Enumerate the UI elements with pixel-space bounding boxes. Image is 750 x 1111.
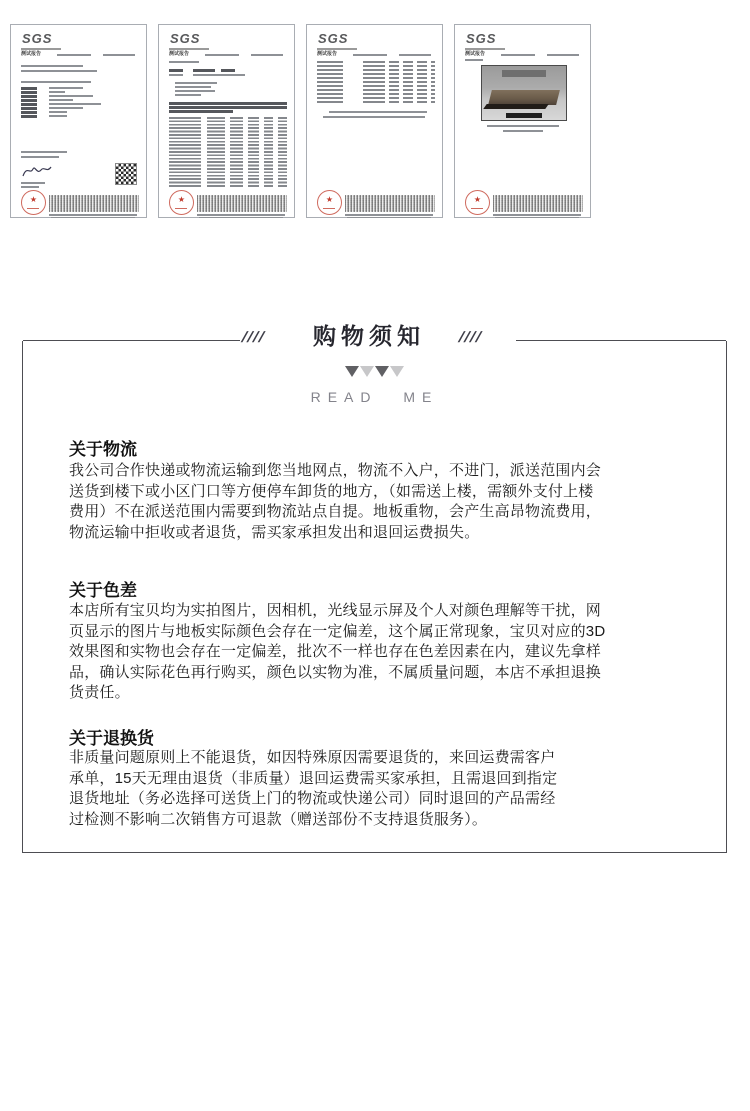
triangle-icon <box>360 366 374 377</box>
text-line <box>51 217 135 218</box>
table-column-gap <box>201 117 207 187</box>
signature-icon <box>21 163 53 179</box>
certificate-1: SGS 测试报告 <box>10 24 147 218</box>
section-text-color-difference: 本店所有宝贝均为实拍图片，因相机，光线显示屏及个人对颜色理解等干扰，网 页显示的… <box>69 601 669 704</box>
wood-plank-sample <box>488 90 560 105</box>
field-label <box>21 115 37 118</box>
report-title: 测试报告 <box>169 52 189 57</box>
field-value <box>49 107 83 109</box>
field-label <box>21 87 37 90</box>
wood-plank-edge <box>483 104 549 109</box>
text-line <box>465 59 483 61</box>
read-me-subtitle: READ ME <box>23 389 726 405</box>
table-column-gap <box>399 61 403 103</box>
photo-label <box>502 70 546 77</box>
table-column-gap <box>385 61 389 103</box>
certificate-3: SGS 测试报告 <box>306 24 443 218</box>
field-label <box>21 99 37 102</box>
text-line <box>493 214 581 216</box>
certificates-row: SGS 测试报告 <box>10 24 591 218</box>
table-column-gap <box>259 117 264 187</box>
section-text-logistics: 我公司合作快递或物流运输到您当地网点，物流不入户，不进门，派送范围内会 送货到楼… <box>69 461 669 543</box>
footer-fine-print <box>493 195 583 212</box>
text-line <box>197 214 285 216</box>
paragraph-line <box>329 111 427 113</box>
section-heading-logistics: 关于物流 <box>69 435 137 460</box>
product-description-page: SGS 测试报告 <box>0 0 750 1111</box>
table-header <box>169 69 183 72</box>
field-label <box>21 91 37 94</box>
header-line-left <box>23 340 240 341</box>
table-column-gap <box>243 117 248 187</box>
text-line <box>175 94 201 96</box>
field-value <box>49 87 83 89</box>
report-title: 测试报告 <box>317 52 337 57</box>
table-cell <box>193 74 221 76</box>
field-value <box>49 95 93 97</box>
text-line <box>49 214 137 216</box>
table-column-gap <box>225 117 230 187</box>
text-line <box>103 54 135 56</box>
field-label <box>21 103 37 106</box>
results-table <box>169 117 287 187</box>
text-line <box>57 54 91 56</box>
sgs-logo: SGS <box>169 31 209 50</box>
triangle-icon <box>345 366 359 377</box>
field-value <box>49 99 73 101</box>
slash-decoration-right: //// <box>458 329 484 346</box>
qr-code-icon <box>115 163 137 185</box>
text-line <box>175 82 217 84</box>
text-line <box>399 54 431 56</box>
text-line <box>175 90 215 92</box>
bold-paragraph-line <box>169 106 287 109</box>
table-cell <box>221 74 245 76</box>
triangle-row <box>23 366 726 377</box>
text-line <box>199 217 283 218</box>
table-header <box>193 69 215 72</box>
triangle-icon <box>375 366 389 377</box>
sgs-stamp-icon <box>465 190 490 215</box>
sgs-logo: SGS <box>21 31 61 50</box>
section-heading-color-difference: 关于色差 <box>69 576 137 601</box>
bold-paragraph-line <box>169 110 233 113</box>
text-line <box>21 182 45 184</box>
text-line <box>21 156 59 158</box>
footer-fine-print <box>345 195 435 212</box>
table-column-gap <box>427 61 431 103</box>
photo-caption-line <box>503 130 543 132</box>
table-cell <box>169 74 183 76</box>
table-column-gap <box>273 117 278 187</box>
text-line <box>21 81 91 83</box>
footer-fine-print <box>197 195 287 212</box>
field-value <box>49 103 101 105</box>
paragraph-line <box>323 116 425 118</box>
results-table <box>317 61 435 103</box>
table-column-gap <box>413 61 417 103</box>
photo-caption-line <box>487 125 559 127</box>
sgs-logo: SGS <box>317 31 357 50</box>
text-line <box>21 186 39 188</box>
text-line <box>501 54 535 56</box>
sgs-stamp-icon <box>317 190 342 215</box>
sample-photo <box>481 65 567 121</box>
text-line <box>21 65 83 67</box>
text-line <box>205 54 239 56</box>
text-line <box>251 54 283 56</box>
shopping-notice-panel: //// //// 购物须知 READ ME 关于物流 我公司合作快递或物流运输… <box>22 341 727 853</box>
sgs-stamp-icon <box>169 190 194 215</box>
text-line <box>347 217 431 218</box>
report-title: 测试报告 <box>21 52 41 57</box>
footer-fine-print <box>49 195 139 212</box>
text-line <box>345 214 433 216</box>
photo-label <box>506 113 542 118</box>
text-line <box>169 61 199 63</box>
header-line-right <box>516 340 726 341</box>
text-line <box>175 86 211 88</box>
text-line <box>495 217 579 218</box>
field-label <box>21 95 37 98</box>
field-value <box>49 111 67 113</box>
field-label <box>21 107 37 110</box>
text-line <box>353 54 387 56</box>
notice-title: 购物须知 <box>305 324 433 348</box>
sgs-logo: SGS <box>465 31 505 50</box>
table-column-gap <box>343 61 363 103</box>
table-header <box>221 69 235 72</box>
triangle-icon <box>390 366 404 377</box>
section-text-returns: 非质量问题原则上不能退货，如因特殊原因需要退货的，来回运费需客户 承单，15天无… <box>69 748 669 830</box>
field-value <box>49 115 67 117</box>
section-heading-returns: 关于退换货 <box>69 724 154 749</box>
bold-paragraph-line <box>169 102 287 105</box>
text-line <box>21 70 97 72</box>
field-value <box>49 91 65 93</box>
sgs-stamp-icon <box>21 190 46 215</box>
certificate-2: SGS 测试报告 <box>158 24 295 218</box>
report-title: 测试报告 <box>465 52 485 57</box>
certificate-4: SGS 测试报告 <box>454 24 591 218</box>
field-label <box>21 111 37 114</box>
text-line <box>21 151 67 153</box>
text-line <box>547 54 579 56</box>
slash-decoration-left: //// <box>241 329 267 346</box>
